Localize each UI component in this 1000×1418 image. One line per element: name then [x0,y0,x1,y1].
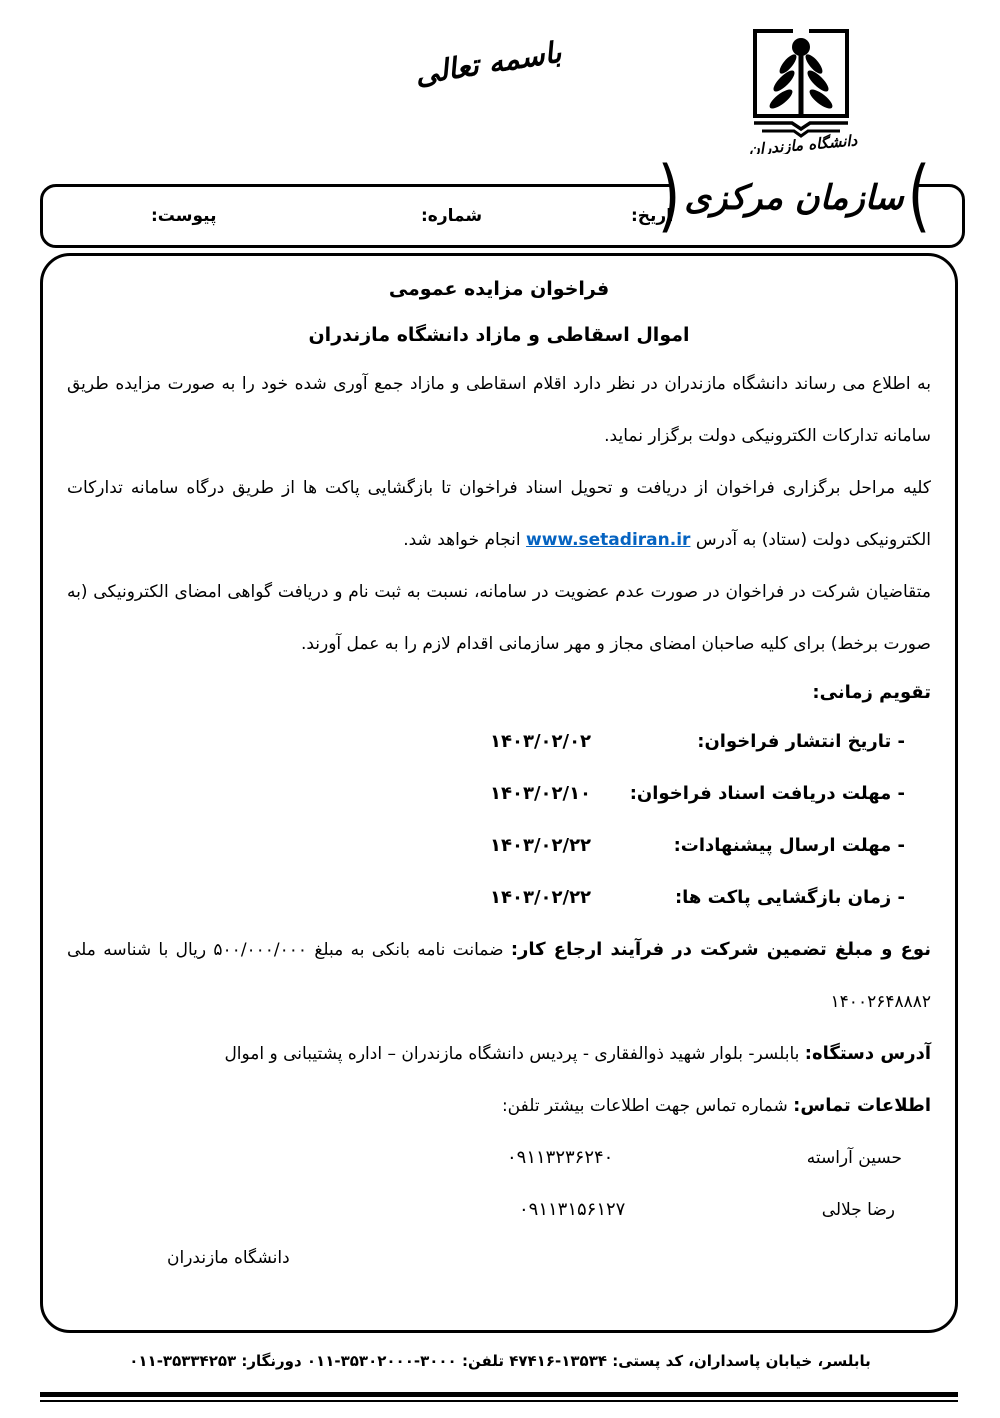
timeline-label: - مهلت دریافت اسناد فراخوان: [630,768,905,820]
contact-lead: اطلاعات تماس: [793,1095,931,1116]
timeline-row: - تاریخ انتشار فراخوان: ۱۴۰۳/۰۲/۰۲ [67,716,931,768]
contact-phone: ۰۹۱۱۳۱۵۶۱۲۷ [519,1184,625,1236]
contact-phone: ۰۹۱۱۳۲۳۶۲۴۰ [507,1132,613,1184]
timeline-date: ۱۴۰۳/۰۲/۱۰ [490,768,591,820]
guarantee-paragraph: نوع و مبلغ تضمین شرکت در فرآیند ارجاع کا… [67,924,931,1028]
contact-name: رضا جلالی [822,1184,895,1236]
timeline-label: - زمان بازگشایی پاکت ها: [675,872,905,924]
guarantee-lead: نوع و مبلغ تضمین شرکت در فرآیند ارجاع کا… [511,939,931,960]
footer-text: بابلسر، خیابان پاسداران، کد پستی: ۱۳۵۳۴-… [40,1352,960,1370]
address-lead: آدرس دستگاه: [805,1043,931,1064]
contact-row: ۰۹۱۱۳۱۵۶۱۲۷ رضا جلالی [67,1184,931,1236]
paragraph-intro: به اطلاع می رساند دانشگاه مازندران در نظ… [67,358,931,462]
address-text: بابلسر- بلوار شهید ذوالفقاری - پردیس دان… [224,1044,804,1064]
timeline-date: ۱۴۰۳/۰۲/۲۲ [490,820,591,872]
paren-right-icon: ( [908,156,931,234]
contact-text: شماره تماس جهت اطلاعات بیشتر تلفن: [502,1096,793,1116]
university-logo-icon [750,26,854,138]
timeline-date: ۱۴۰۳/۰۲/۰۲ [490,716,591,768]
setadiran-link[interactable]: www.setadiran.ir [526,530,690,550]
org-title-calligraphy: ) سازمان مرکزی ( [672,154,916,242]
title-line-2: اموال اسقاطی و مازاد دانشگاه مازندران [67,320,931,350]
timeline-row: - مهلت ارسال پیشنهادات: ۱۴۰۳/۰۲/۲۲ [67,820,931,872]
paragraph-process: کلیه مراحل برگزاری فراخوان از دریافت و ت… [67,462,931,566]
timeline-row: - زمان بازگشایی پاکت ها: ۱۴۰۳/۰۲/۲۲ [67,872,931,924]
timeline-row: - مهلت دریافت اسناد فراخوان: ۱۴۰۳/۰۲/۱۰ [67,768,931,820]
footer-rule-thick [40,1392,958,1397]
document-page: باسمه تعالی دانشگاه مازندران تاریخ: شمار… [0,0,1000,1418]
title-line-1: فراخوان مزایده عمومی [67,274,931,304]
number-label: شماره: [421,187,482,245]
footer-rule-thin [40,1400,958,1402]
attachment-label: پیوست: [151,187,217,245]
paragraph-membership: متقاضیان شرکت در فراخوان در صورت عدم عضو… [67,566,931,670]
contact-row: ۰۹۱۱۳۲۳۶۲۴۰ حسین آراسته [67,1132,931,1184]
timeline-label: - مهلت ارسال پیشنهادات: [674,820,905,872]
contact-name: حسین آراسته [807,1132,902,1184]
signature: دانشگاه مازندران [67,1242,931,1274]
paragraph-process-after: انجام خواهد شد. [403,530,520,550]
bismillah-calligraphy: باسمه تعالی [396,32,579,94]
org-title-text: سازمان مرکزی [682,178,905,218]
timeline-heading: تقویم زمانی: [67,670,931,716]
timeline-date: ۱۴۰۳/۰۲/۲۲ [490,872,591,924]
content-box: فراخوان مزایده عمومی اموال اسقاطی و مازا… [40,253,958,1333]
contact-line: اطلاعات تماس: شماره تماس جهت اطلاعات بیش… [67,1080,931,1132]
address-line: آدرس دستگاه: بابلسر- بلوار شهید ذوالفقار… [67,1028,931,1080]
paren-left-icon: ) [658,156,681,234]
timeline-label: - تاریخ انتشار فراخوان: [697,716,905,768]
